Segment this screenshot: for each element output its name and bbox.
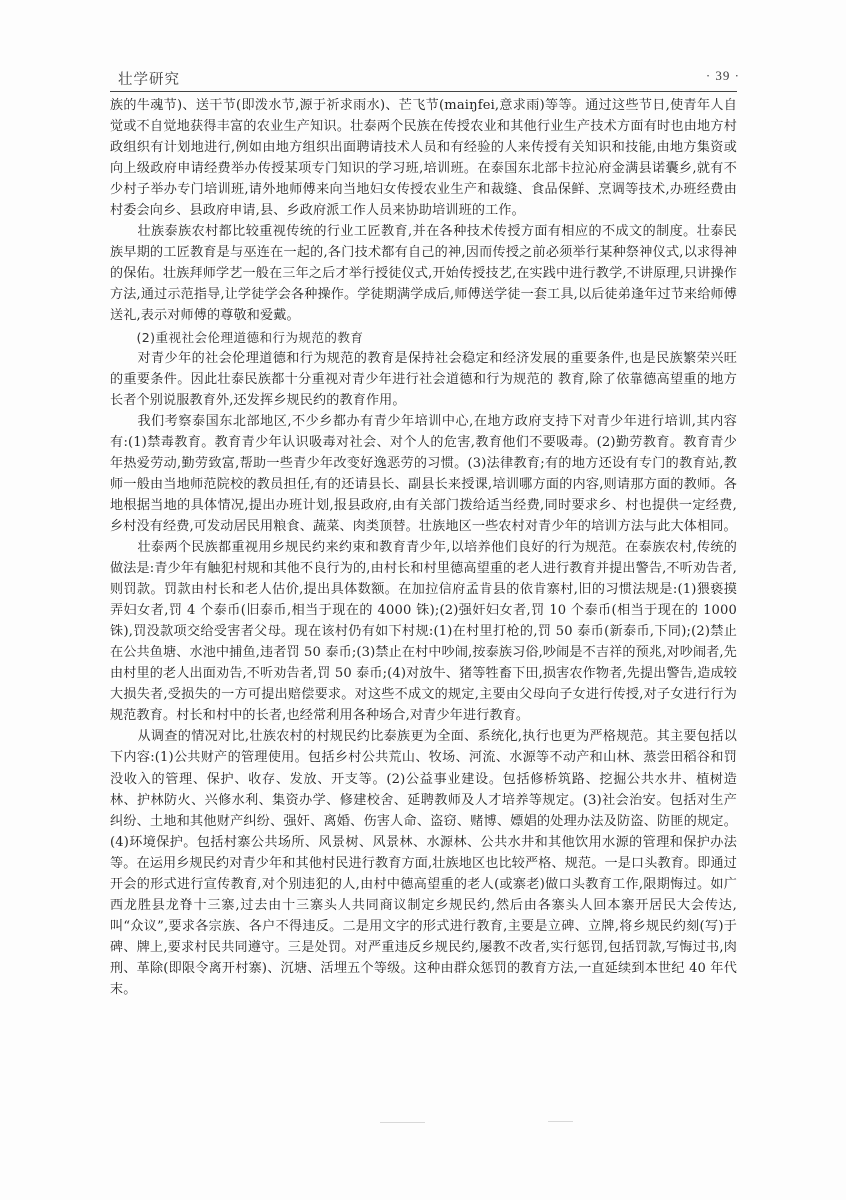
article-body: 族的牛魂节)、送干节(即泼水节,源于祈求雨水)、芒飞节(maiŋfei,意求雨)…: [110, 95, 737, 1000]
paragraph-village-rules-thai: 壮泰两个民族都重视用乡规民约来约束和教育青少年,以培养他们良好的行为规范。在泰族…: [110, 537, 737, 726]
scan-artifact: [380, 1122, 425, 1123]
paragraph-continuation: 族的牛魂节)、送干节(即泼水节,源于祈求雨水)、芒飞节(maiŋfei,意求雨)…: [110, 95, 737, 221]
paragraph-youth-training: 我们考察泰国东北部地区,不少乡都办有青少年培训中心,在地方政府支持下对青少年进行…: [110, 411, 737, 537]
journal-name: 壮学研究: [118, 68, 180, 89]
scan-artifact: [548, 1121, 573, 1122]
document-page: 壮学研究 · 39 · 族的牛魂节)、送干节(即泼水节,源于祈求雨水)、芒飞节(…: [0, 0, 846, 1200]
page-number: · 39 ·: [706, 68, 740, 84]
paragraph-craft-education: 壮族泰族农村都比较重视传统的行业工匠教育,并在各种技术传授方面有相应的不成文的制…: [110, 221, 737, 326]
running-header: 壮学研究 · 39 ·: [118, 68, 740, 88]
paragraph-village-rules-zhuang: 从调查的情况对比,壮族农村的村规民约比泰族更为全面、系统化,执行也更为严格规范。…: [110, 726, 737, 1000]
section-subheading: (2)重视社会伦理道德和行为规范的教育: [110, 327, 737, 348]
header-rule: [110, 91, 737, 92]
paragraph-ethics-intro: 对青少年的社会伦理道德和行为规范的教育是保持社会稳定和经济发展的重要条件,也是民…: [110, 348, 737, 411]
